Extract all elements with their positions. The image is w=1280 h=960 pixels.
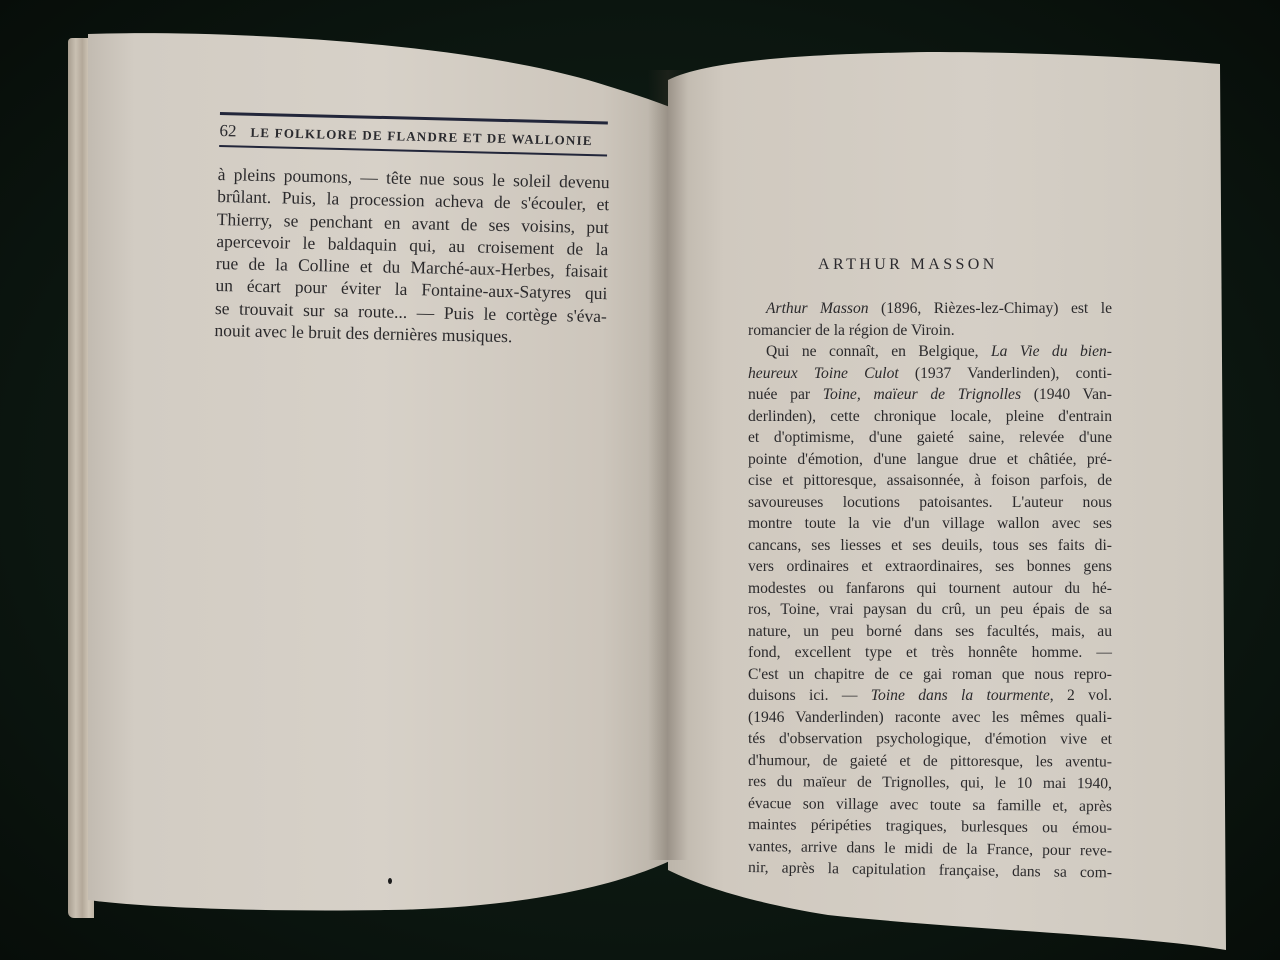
italic-title: Toine, maïeur de Trignolles xyxy=(823,386,1021,403)
text-line: C'est un chapitre de ce gai roman que no… xyxy=(748,664,1112,686)
text-line: duisons ici. — Toine dans la tourmente, … xyxy=(748,685,1112,707)
text-line: tés d'observation psychologique, d'émoti… xyxy=(748,728,1112,750)
italic-title: Arthur Masson xyxy=(766,300,869,317)
right-page-text: Arthur Masson (1896, Rièzes-lez-Chimay) … xyxy=(748,298,1112,879)
photo-scene: 62 LE FOLKLORE DE FLANDRE ET DE WALLONIE… xyxy=(0,0,1280,960)
text-line: nature, un peu borné dans ses facultés, … xyxy=(748,621,1112,643)
text-line: maintes péripéties tragiques, burlesques… xyxy=(748,814,1112,839)
text-line: d'humour, de gaieté et de pittoresque, l… xyxy=(748,750,1112,773)
text-line: heureux Toine Culot (1937 Vanderlinden),… xyxy=(748,363,1112,385)
text-line: romancier de la région de Viroin. xyxy=(748,320,1112,342)
text-line: Arthur Masson (1896, Rièzes-lez-Chimay) … xyxy=(748,298,1112,320)
ink-speck xyxy=(388,878,392,884)
text-line: modestes ou fanfarons qui tournent autou… xyxy=(748,578,1112,600)
text-line: montre toute la vie d'un village wallon … xyxy=(748,513,1112,535)
text-line: vers ordinaires et extraordinaires, ses … xyxy=(748,556,1112,578)
text-line: savoureuses locutions patoisantes. L'aut… xyxy=(748,492,1112,514)
italic-title: La Vie du bien- xyxy=(991,343,1112,360)
text-line: derlinden), cette chronique locale, plei… xyxy=(748,406,1112,428)
running-head-title: LE FOLKLORE DE FLANDRE ET DE WALLONIE xyxy=(250,125,593,149)
text-line: cancans, ses liesses et ses deuils, tous… xyxy=(748,535,1112,557)
text-line: pointe d'émotion, d'une langue drue et c… xyxy=(748,449,1112,471)
page-number: 62 xyxy=(219,121,236,141)
text-line: ros, Toine, vrai paysan du crû, un peu é… xyxy=(748,599,1112,621)
italic-title: Toine dans la tourmente xyxy=(871,687,1050,704)
text-line: cise et pittoresque, assaisonnée, à fois… xyxy=(748,470,1112,492)
italic-title: heureux Toine Culot xyxy=(748,365,899,382)
chapter-title: ARTHUR MASSON xyxy=(818,256,998,274)
text-line: nuée par Toine, maïeur de Trignolles (19… xyxy=(748,384,1112,406)
text-line: fond, excellent type et très honnête hom… xyxy=(748,642,1112,664)
left-page-text: à pleins poumons, — tête nue sous le sol… xyxy=(214,163,610,350)
text-line: (1946 Vanderlinden) raconte avec les mêm… xyxy=(748,707,1112,729)
text-line: Qui ne connaît, en Belgique, La Vie du b… xyxy=(748,341,1112,363)
text-line: et d'optimisme, d'une gaieté saine, rele… xyxy=(748,427,1112,449)
text-line: évacue son village avec toute sa famille… xyxy=(748,793,1112,818)
text-line: res du maïeur de Trignolles, qui, le 10 … xyxy=(748,771,1112,795)
left-page xyxy=(88,30,672,930)
